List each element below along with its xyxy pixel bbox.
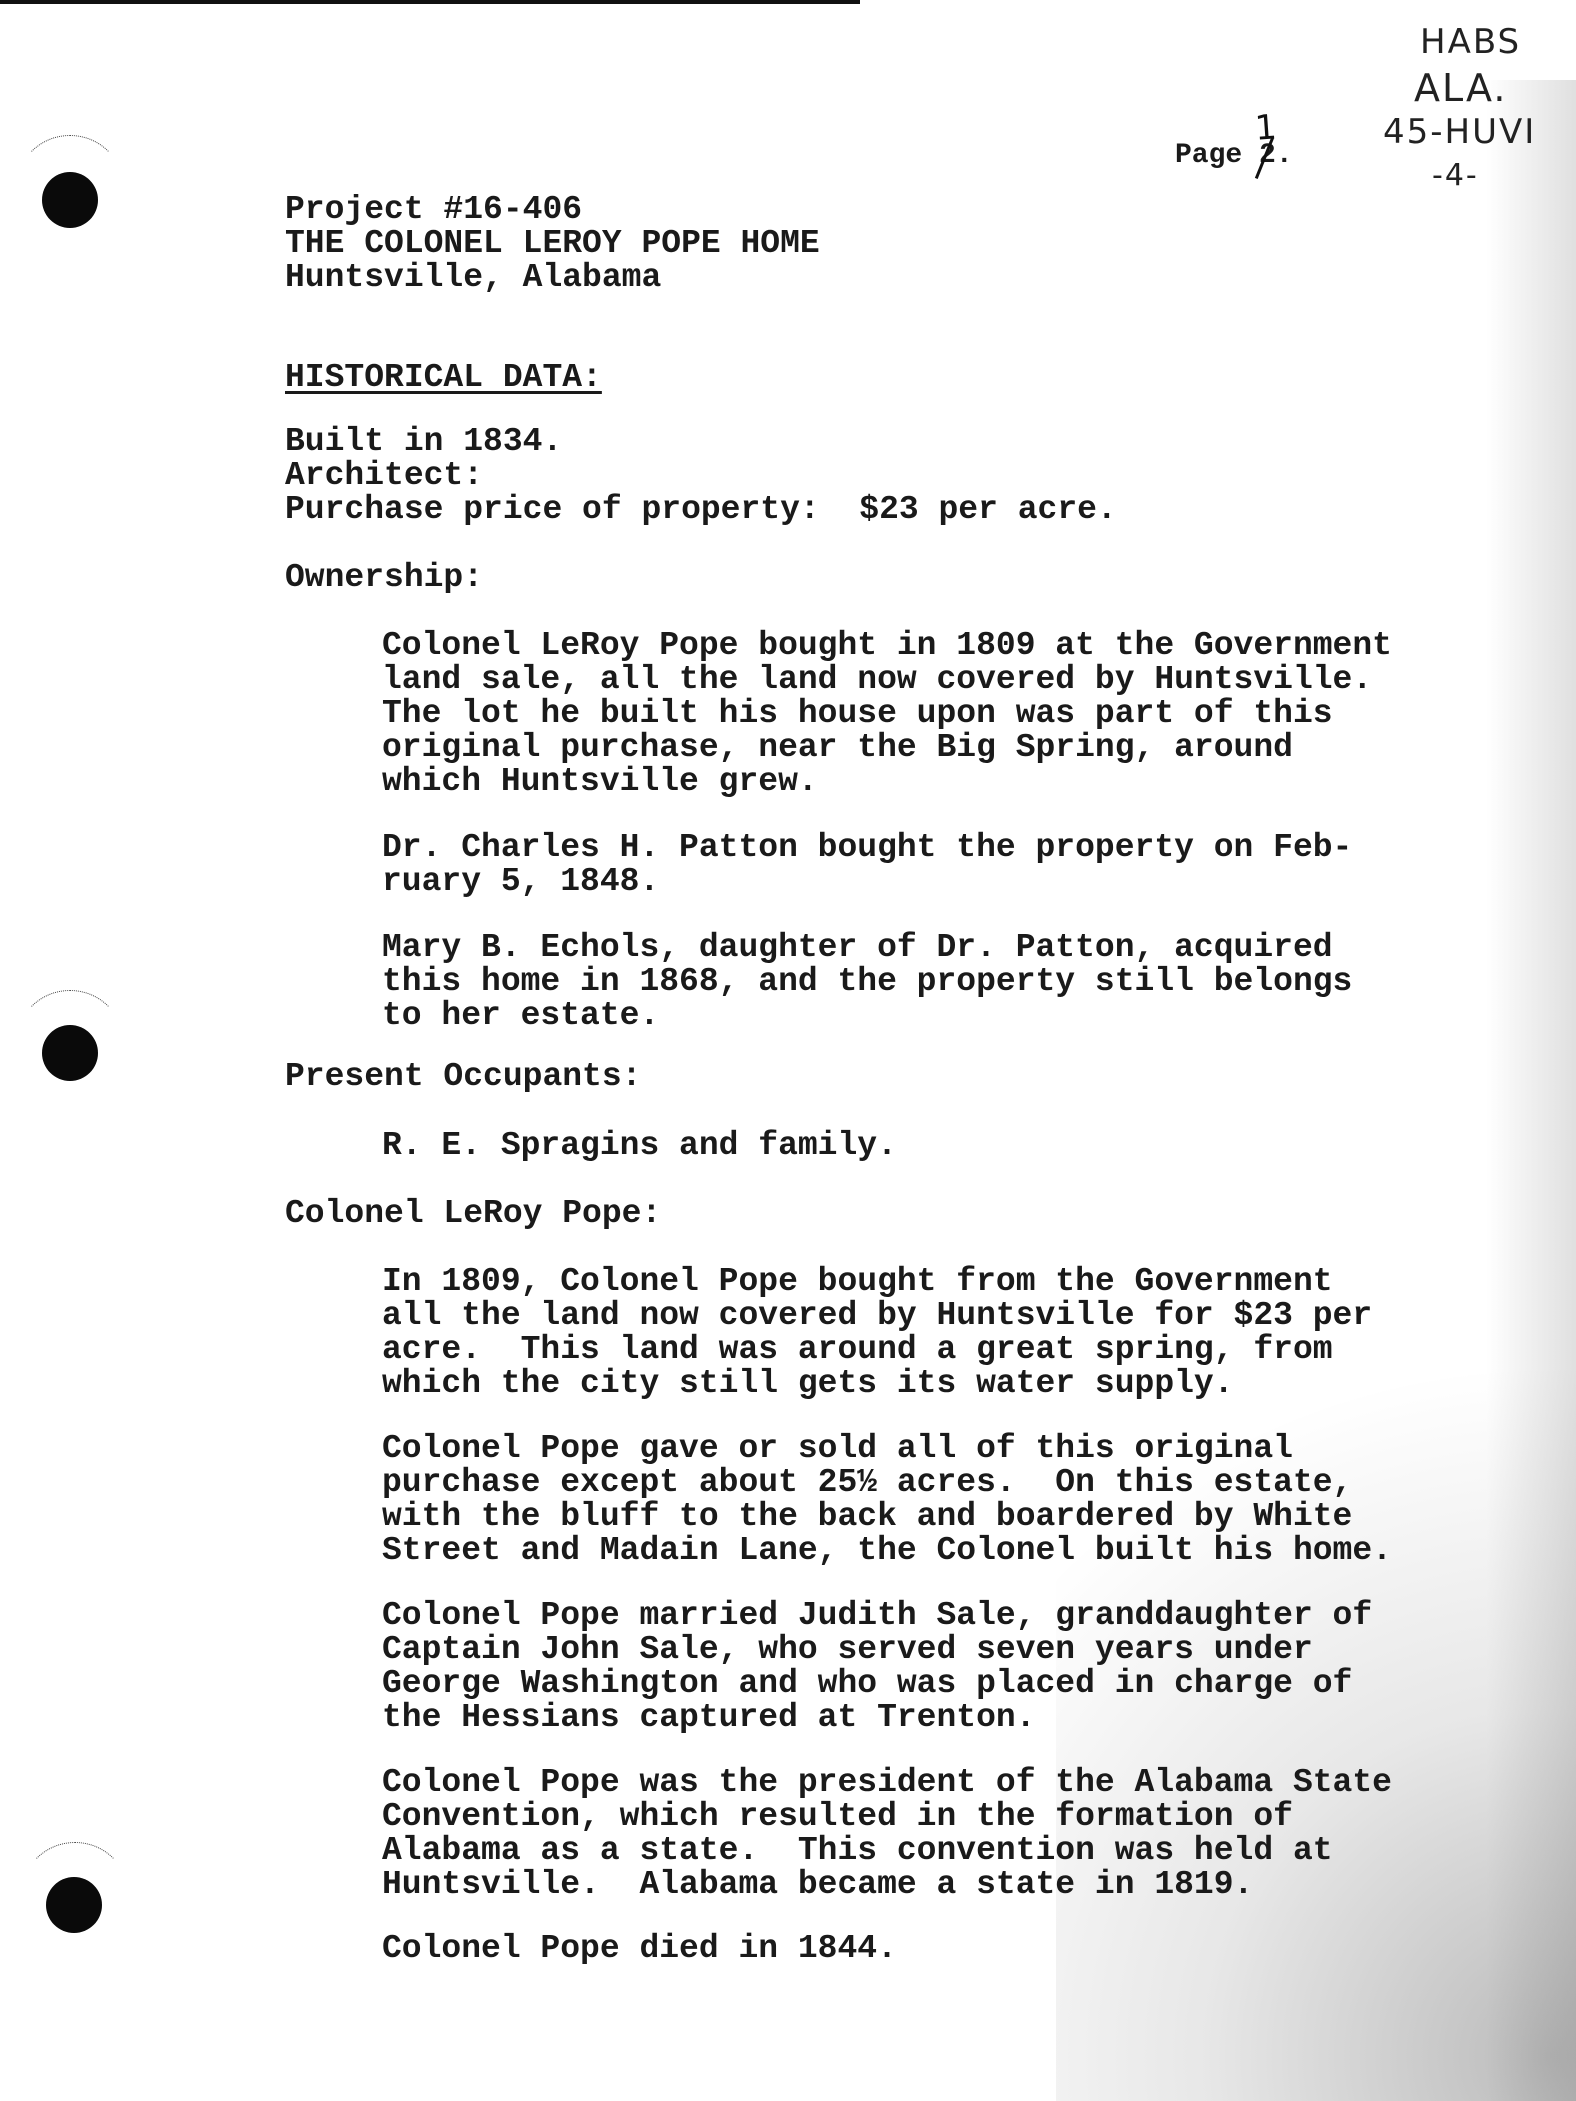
paragraph-line: the Hessians captured at Trenton. (382, 1701, 1036, 1735)
location: Huntsville, Alabama (285, 261, 661, 295)
paragraph-line: purchase except about 25½ acres. On this… (382, 1466, 1352, 1500)
page-label: Page 2. (1175, 140, 1293, 171)
paragraph-line: In 1809, Colonel Pope bought from the Go… (382, 1265, 1333, 1299)
handwritten-annotation-line: HABS (1420, 22, 1521, 62)
paragraph-line: Huntsville. Alabama became a state in 18… (382, 1868, 1253, 1902)
paragraph-line: Colonel Pope died in 1844. (382, 1932, 897, 1966)
paragraph-line: ruary 5, 1848. (382, 865, 659, 899)
fact-architect: Architect: (285, 459, 483, 493)
hole-punch-icon (42, 172, 98, 228)
ownership-heading: Ownership: (285, 561, 483, 595)
paragraph-line: Colonel Pope gave or sold all of this or… (382, 1432, 1293, 1466)
paragraph-line: this home in 1868, and the property stil… (382, 965, 1352, 999)
struck-page-number: 2. (1259, 140, 1293, 171)
paragraph-line: to her estate. (382, 999, 659, 1033)
fact-built: Built in 1834. (285, 425, 562, 459)
biography-heading: Colonel LeRoy Pope: (285, 1197, 661, 1231)
handwritten-annotation-line: ALA. (1414, 66, 1507, 110)
paragraph-line: original purchase, near the Big Spring, … (382, 731, 1293, 765)
paragraph-line: Dr. Charles H. Patton bought the propert… (382, 831, 1352, 865)
page-label-text: Page (1175, 140, 1242, 171)
paragraph-line: acre. This land was around a great sprin… (382, 1333, 1333, 1367)
paragraph-line: all the land now covered by Huntsville f… (382, 1299, 1372, 1333)
paragraph-line: George Washington and who was placed in … (382, 1667, 1352, 1701)
hole-punch-icon (42, 1025, 98, 1081)
fact-purchase-price: Purchase price of property: $23 per acre… (285, 493, 1117, 527)
occupants-value: R. E. Spragins and family. (382, 1129, 897, 1163)
section-heading: HISTORICAL DATA: (285, 361, 602, 395)
paragraph-line: with the bluff to the back and boardered… (382, 1500, 1352, 1534)
paragraph-line: Colonel LeRoy Pope bought in 1809 at the… (382, 629, 1392, 663)
paragraph-line: Convention, which resulted in the format… (382, 1800, 1293, 1834)
handwritten-annotation-line: 45-HUVI (1383, 112, 1536, 152)
document-page: 1 Page 2. HABS ALA. 45-HUVI -4- Project … (0, 0, 1576, 2101)
paragraph-line: Colonel Pope was the president of the Al… (382, 1766, 1392, 1800)
paragraph-line: which the city still gets its water supp… (382, 1367, 1234, 1401)
project-number: Project #16-406 (285, 193, 582, 227)
paragraph-line: Alabama as a state. This convention was … (382, 1834, 1333, 1868)
handwritten-annotation-line: -4- (1432, 158, 1479, 193)
paragraph-line: which Huntsville grew. (382, 765, 818, 799)
paragraph-line: Captain John Sale, who served seven year… (382, 1633, 1313, 1667)
occupants-heading: Present Occupants: (285, 1060, 641, 1094)
scan-noise-edge (1486, 80, 1576, 2101)
scan-edge-line (0, 0, 860, 4)
document-title: THE COLONEL LEROY POPE HOME (285, 227, 820, 261)
hole-punch-icon (46, 1877, 102, 1933)
paragraph-line: The lot he built his house upon was part… (382, 697, 1333, 731)
paragraph-line: Colonel Pope married Judith Sale, grandd… (382, 1599, 1372, 1633)
paragraph-line: Mary B. Echols, daughter of Dr. Patton, … (382, 931, 1333, 965)
paragraph-line: Street and Madain Lane, the Colonel buil… (382, 1534, 1392, 1568)
paragraph-line: land sale, all the land now covered by H… (382, 663, 1372, 697)
